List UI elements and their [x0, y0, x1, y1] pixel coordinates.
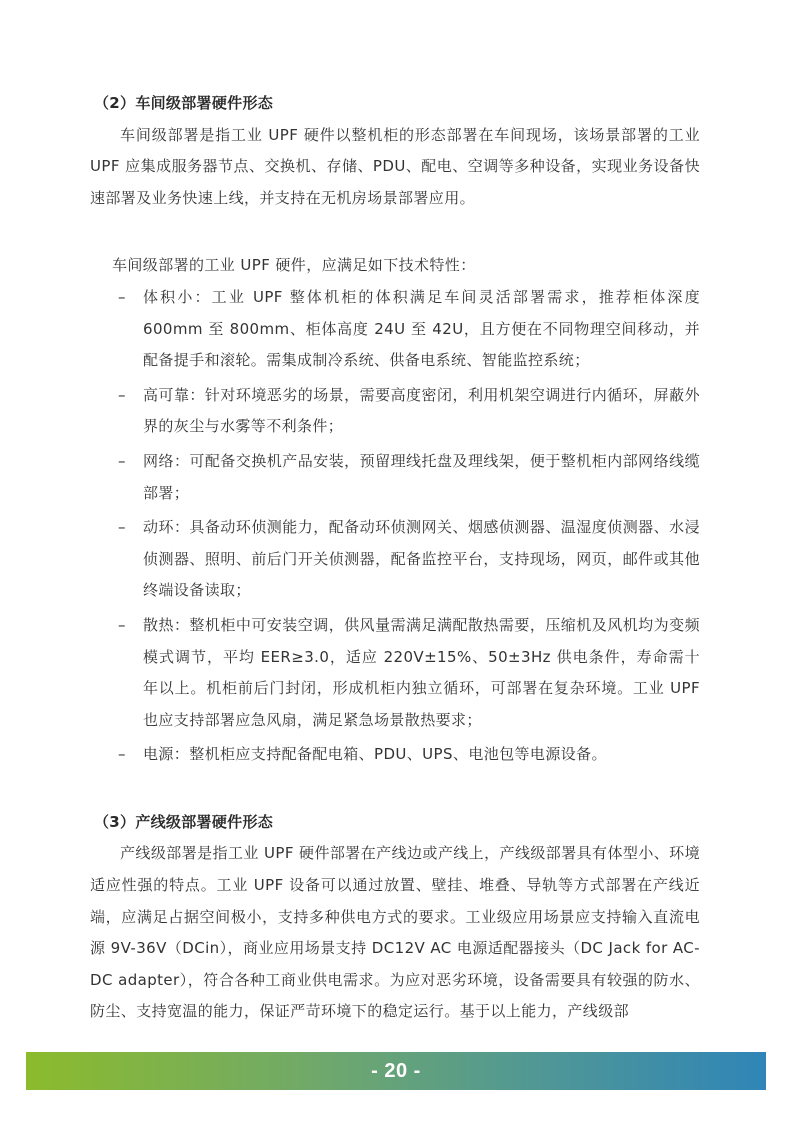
list-item-reliability: – 高可靠：针对环境恶劣的场景，需要高度密闭，利用机架空调进行内循环，屏蔽外界的… [90, 380, 700, 443]
dash-bullet-icon: – [115, 610, 129, 642]
list-item-text: 高可靠：针对环境恶劣的场景，需要高度密闭，利用机架空调进行内循环，屏蔽外界的灰尘… [143, 386, 700, 436]
list-item-text: 网络：可配备交换机产品安装，预留理线托盘及理线架，便于整机柜内部网络线缆部署； [143, 452, 700, 502]
list-item-network: – 网络：可配备交换机产品安装，预留理线托盘及理线架，便于整机柜内部网络线缆部署… [90, 446, 700, 509]
dash-bullet-icon: – [115, 282, 129, 314]
section-2-paragraph: 车间级部署是指工业 UPF 硬件以整机柜的形态部署在车间现场，该场景部署的工业 … [90, 120, 700, 215]
list-item-text: 动环：具备动环侦测能力，配备动环侦测网关、烟感侦测器、温湿度侦测器、水浸侦测器、… [143, 518, 700, 599]
section-spacer [90, 774, 700, 807]
section-2-heading: （2）车间级部署硬件形态 [90, 88, 700, 120]
dash-bullet-icon: – [115, 512, 129, 544]
list-item-size: – 体积小：工业 UPF 整体机柜的体积满足车间灵活部署需求，推荐柜体深度 60… [90, 282, 700, 377]
dash-bullet-icon: – [115, 739, 129, 771]
dash-bullet-icon: – [115, 446, 129, 478]
list-item-cooling: – 散热：整机柜中可安装空调，供风量需满足满配散热需要，压缩机及风机均为变频模式… [90, 610, 700, 736]
dash-bullet-icon: – [115, 380, 129, 412]
feature-list: – 体积小：工业 UPF 整体机柜的体积满足车间灵活部署需求，推荐柜体深度 60… [90, 282, 700, 771]
section-3-heading: （3）产线级部署硬件形态 [90, 807, 700, 839]
list-item-text: 散热：整机柜中可安装空调，供风量需满足满配散热需要，压缩机及风机均为变频模式调节… [143, 616, 700, 729]
page-content: （2）车间级部署硬件形态 车间级部署是指工业 UPF 硬件以整机柜的形态部署在车… [90, 88, 700, 1028]
page-number: - 20 - [371, 1060, 421, 1083]
footer-bar: - 20 - [26, 1052, 766, 1090]
list-item-text: 体积小：工业 UPF 整体机柜的体积满足车间灵活部署需求，推荐柜体深度 600m… [143, 288, 700, 369]
list-item-text: 电源：整机柜应支持配备配电箱、PDU、UPS、电池包等电源设备。 [143, 745, 607, 763]
list-item-power: – 电源：整机柜应支持配备配电箱、PDU、UPS、电池包等电源设备。 [90, 739, 700, 771]
document-page: （2）车间级部署硬件形态 车间级部署是指工业 UPF 硬件以整机柜的形态部署在车… [0, 0, 794, 1122]
section-2-intro: 车间级部署的工业 UPF 硬件，应满足如下技术特性： [90, 250, 700, 282]
list-item-environment-monitoring: – 动环：具备动环侦测能力，配备动环侦测网关、烟感侦测器、温湿度侦测器、水浸侦测… [90, 512, 700, 607]
section-3-paragraph: 产线级部署是指工业 UPF 硬件部署在产线边或产线上，产线级部署具有体型小、环境… [90, 838, 700, 1028]
